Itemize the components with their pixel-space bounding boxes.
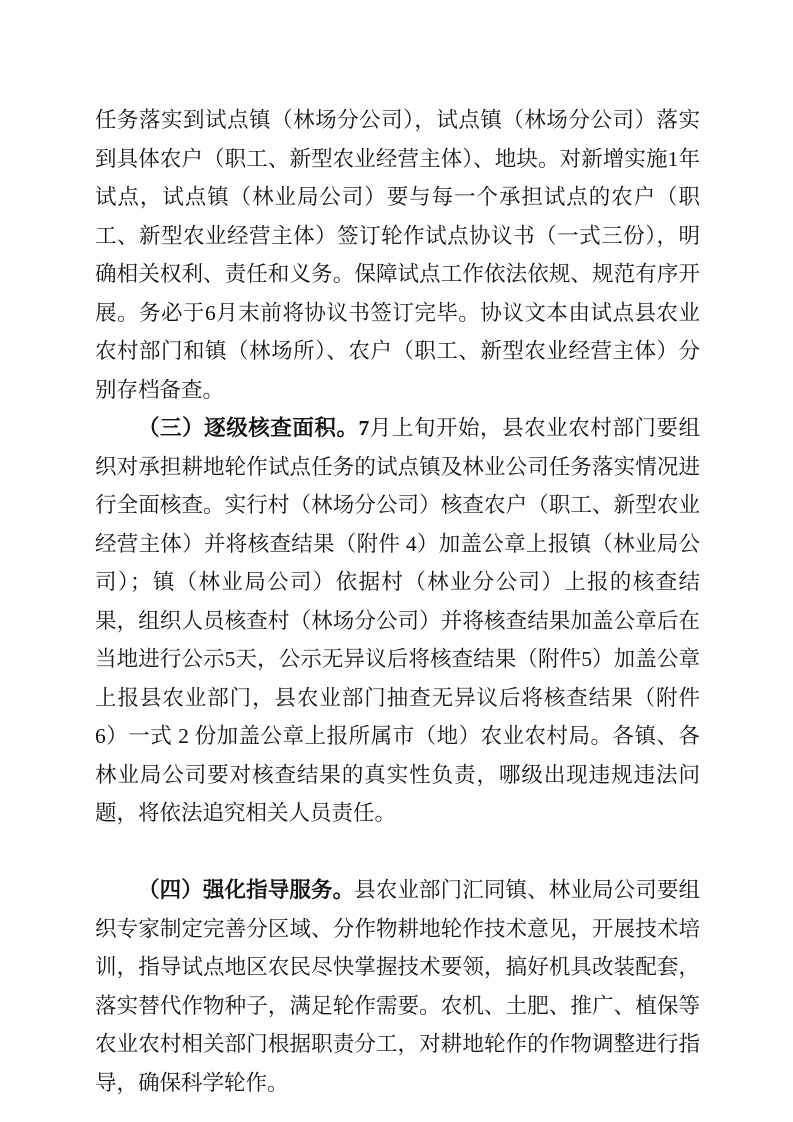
section-3-paragraph: （三）逐级核查面积。7月上旬开始，县农业农村部门要组织对承担耕地轮作试点任务的试… [95, 409, 700, 833]
bold-heading-run: （三）逐级核查面积。7 [138, 416, 369, 440]
document-page: 任务落实到试点镇（林场分公司），试点镇（林场分公司）落实到具体农户（职工、新型农… [0, 0, 793, 1122]
section-4-paragraph: （四）强化指导服务。县农业部门汇同镇、林业局公司要组织专家制定完善分区域、分作物… [95, 871, 700, 1102]
text-run: 月上旬开始，县农业农村部门要组织对承担耕地轮作试点任务的试点镇及林业公司任务落实… [95, 416, 700, 825]
continuation-paragraph: 任务落实到试点镇（林场分公司），试点镇（林场分公司）落实到具体农户（职工、新型农… [95, 101, 700, 409]
text-run: 任务落实到试点镇（林场分公司），试点镇（林场分公司）落实到具体农户（职工、新型农… [95, 108, 700, 402]
text-run: 县农业部门汇同镇、林业局公司要组织专家制定完善分区域、分作物耕地轮作技术意见，开… [95, 878, 700, 1095]
bold-heading-run: （四）强化指导服务。 [138, 878, 354, 902]
document-body: 任务落实到试点镇（林场分公司），试点镇（林场分公司）落实到具体农户（职工、新型农… [95, 101, 700, 1102]
